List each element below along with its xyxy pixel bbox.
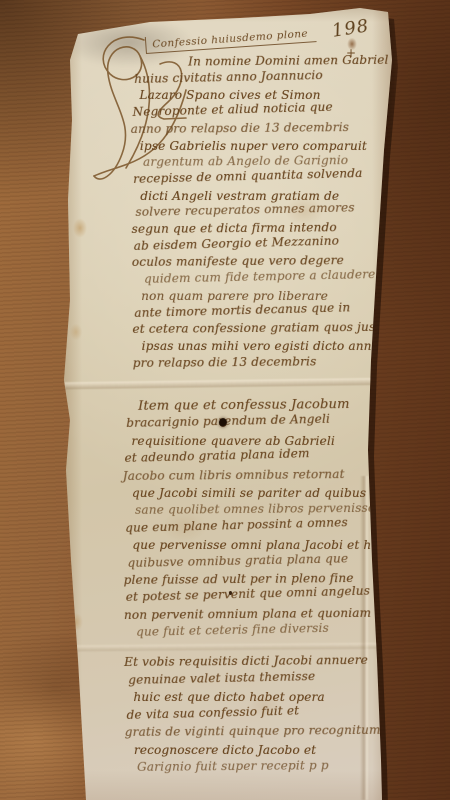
page-number: 198 <box>331 17 371 41</box>
manuscript-line: pro relapso die 13 decembris <box>133 352 395 371</box>
manuscript-line: anno pro relapso die 13 decembris <box>131 119 393 138</box>
manuscript-line: Jacobo cum libris omnibus retornat <box>123 465 385 485</box>
manuscript-photo: Confessio huiusdemo plone 198 + In nomin… <box>0 0 450 800</box>
manuscript-line: solvere recuperatos omnes amores <box>135 199 393 221</box>
manuscript-line: huius civitatis anno Joannucio <box>134 65 392 87</box>
wormhole <box>219 418 227 427</box>
manuscript-line: et cetera confessione gratiam quos justo… <box>132 319 394 338</box>
text-block-closing: Et vobis requisitis dicti Jacobi annuere… <box>124 652 381 777</box>
fold-crease-upper <box>64 378 394 390</box>
ink-dot <box>229 591 232 595</box>
manuscript-line: gratis de viginti quinque pro recognitum <box>125 722 381 742</box>
manuscript-line: Garignio fuit super recepit p p <box>137 757 381 777</box>
text-block-middle: Item que et confessus Jacobumbracarignio… <box>122 396 386 642</box>
text-block-opening: In nomine Domini amen Gabrielhuius civit… <box>130 52 394 372</box>
manuscript-paper: Confessio huiusdemo plone 198 + In nomin… <box>64 6 394 800</box>
fold-crease-lower <box>64 643 394 652</box>
manuscript-line: bracarignio parendum de Angeli <box>126 410 384 433</box>
manuscript-line: que fuit et ceteris fine diversis <box>136 619 386 642</box>
